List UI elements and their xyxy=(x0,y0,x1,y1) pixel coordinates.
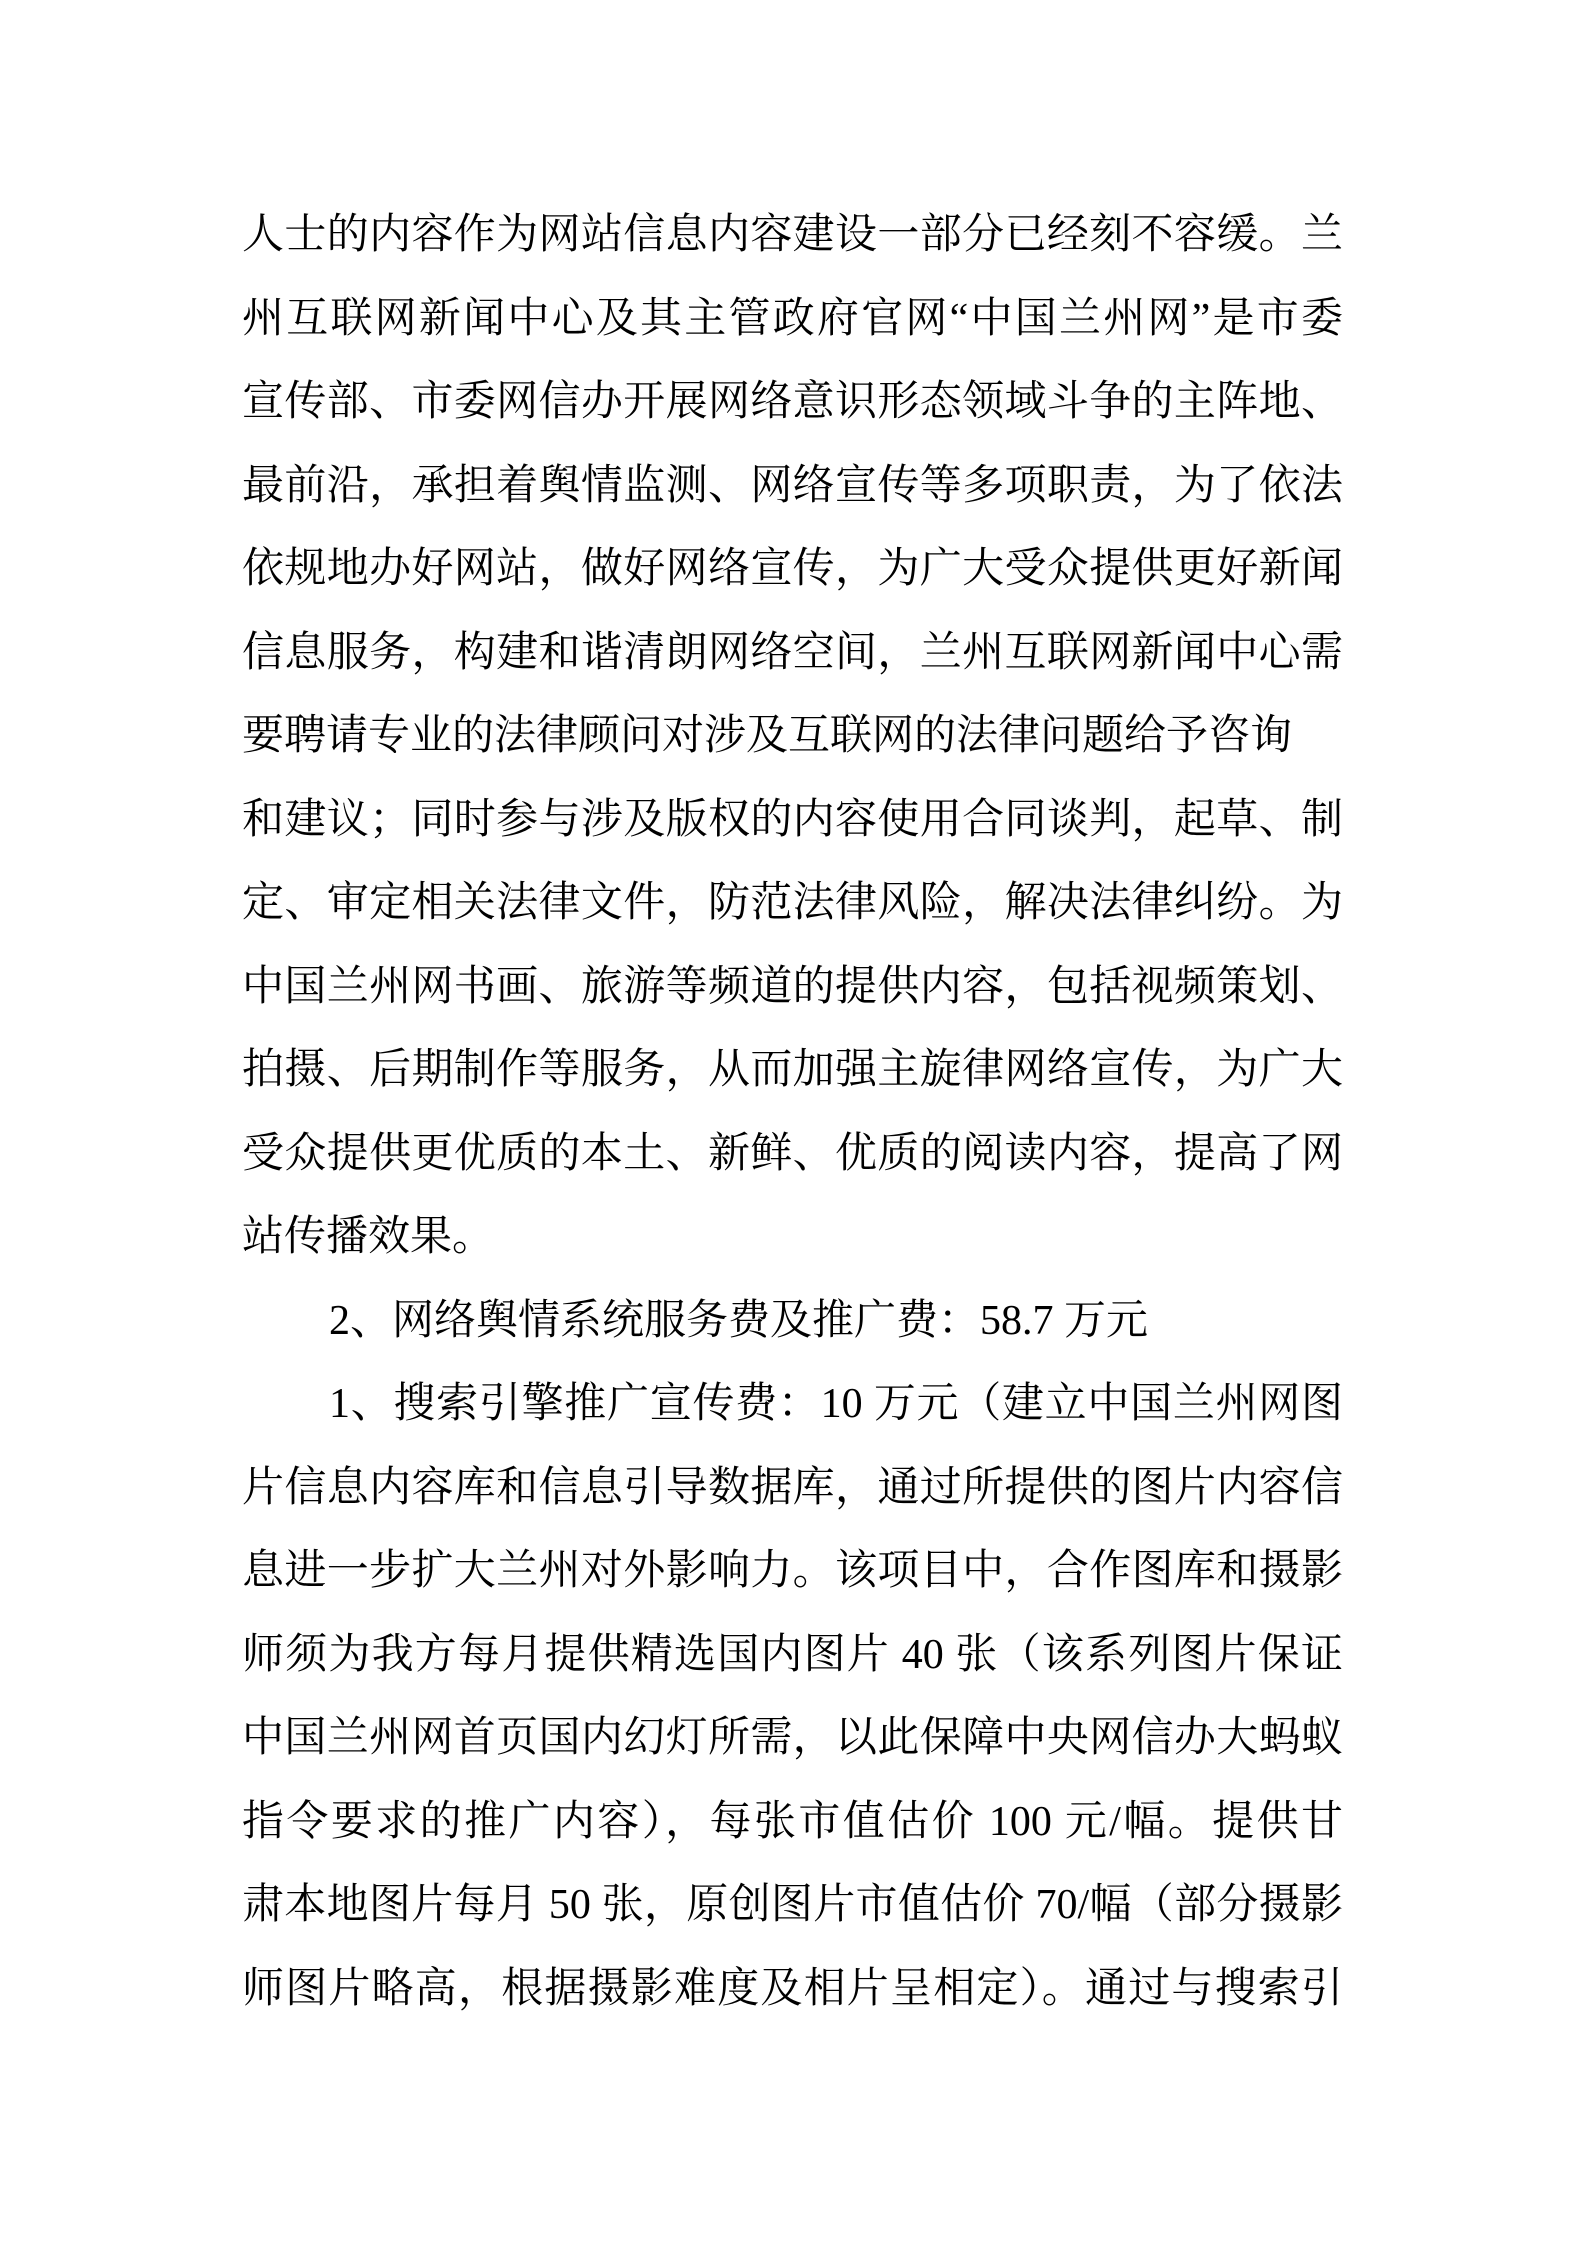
document-body: 人士的内容作为网站信息内容建设一部分已经刻不容缓。兰 州互联网新闻中心及其主管政… xyxy=(242,194,1343,2031)
text-line: 人士的内容作为网站信息内容建设一部分已经刻不容缓。兰 xyxy=(242,194,1343,278)
text-line: 肃本地图片每月 50 张，原创图片市值估价 70/幅（部分摄影 xyxy=(242,1864,1343,1948)
text-line: 息进一步扩大兰州对外影响力。该项目中，合作图库和摄影 xyxy=(242,1530,1343,1614)
text-line-numbered-item-1: 1、搜索引擎推广宣传费：10 万元（建立中国兰州网图 xyxy=(242,1363,1343,1447)
text-line: 受众提供更优质的本土、新鲜、优质的阅读内容，提高了网 xyxy=(242,1113,1343,1197)
text-line: 站传播效果。 xyxy=(242,1196,1343,1280)
text-line: 最前沿，承担着舆情监测、网络宣传等多项职责，为了依法 xyxy=(242,445,1343,529)
text-line: 指令要求的推广内容），每张市值估价 100 元/幅。提供甘 xyxy=(242,1781,1343,1865)
text-line-numbered-item-2: 2、网络舆情系统服务费及推广费：58.7 万元 xyxy=(242,1280,1343,1364)
text-line: 中国兰州网书画、旅游等频道的提供内容，包括视频策划、 xyxy=(242,946,1343,1030)
text-line: 师图片略高，根据摄影难度及相片呈相定）。通过与搜索引 xyxy=(242,1948,1343,2032)
text-line: 州互联网新闻中心及其主管政府官网“中国兰州网”是市委 xyxy=(242,278,1343,362)
text-line: 依规地办好网站，做好网络宣传，为广大受众提供更好新闻 xyxy=(242,528,1343,612)
text-line: 要聘请专业的法律顾问对涉及互联网的法律问题给予咨询 xyxy=(242,695,1343,779)
text-line: 和建议；同时参与涉及版权的内容使用合同谈判，起草、制 xyxy=(242,779,1343,863)
text-line: 中国兰州网首页国内幻灯所需，以此保障中央网信办大蚂蚁 xyxy=(242,1697,1343,1781)
document-page: 人士的内容作为网站信息内容建设一部分已经刻不容缓。兰 州互联网新闻中心及其主管政… xyxy=(0,0,1587,2245)
text-line: 宣传部、市委网信办开展网络意识形态领域斗争的主阵地、 xyxy=(242,361,1343,445)
text-line: 定、审定相关法律文件，防范法律风险，解决法律纠纷。为 xyxy=(242,862,1343,946)
text-line: 拍摄、后期制作等服务，从而加强主旋律网络宣传，为广大 xyxy=(242,1029,1343,1113)
text-line: 师须为我方每月提供精选国内图片 40 张（该系列图片保证 xyxy=(242,1614,1343,1698)
text-line: 信息服务，构建和谐清朗网络空间，兰州互联网新闻中心需 xyxy=(242,612,1343,696)
text-line: 片信息内容库和信息引导数据库，通过所提供的图片内容信 xyxy=(242,1447,1343,1531)
